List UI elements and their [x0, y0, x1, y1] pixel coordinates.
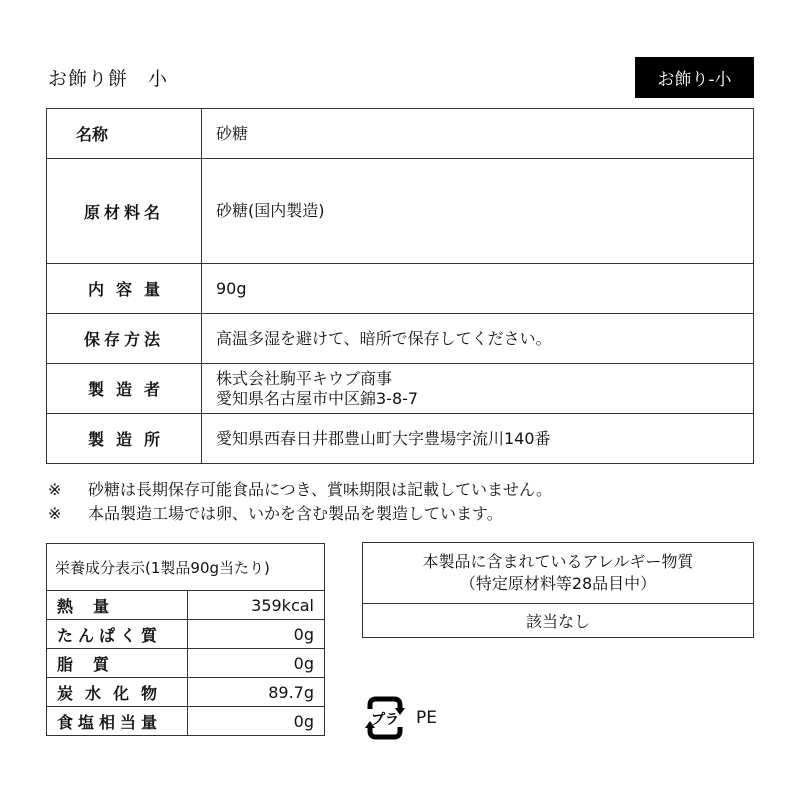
note-item: ※ 本品製造工場では卵、いかを含む製品を製造しています。: [48, 502, 552, 526]
allergen-header-line2: （特定原材料等28品目中）: [364, 573, 752, 595]
product-code-badge: お飾り-小: [635, 57, 754, 98]
manufacturer-name: 株式会社駒平キウブ商事: [216, 369, 753, 389]
nutrient-value: 0g: [188, 620, 325, 649]
allergen-value: 該当なし: [363, 604, 754, 638]
table-row: 内容量 90g: [47, 264, 754, 314]
notes: ※ 砂糖は長期保存可能食品につき、賞味期限は記載していません。 ※ 本品製造工場…: [48, 478, 552, 526]
row-label: 製造者: [47, 364, 202, 414]
recycle-material: PE: [416, 708, 437, 728]
nutrient-value: 0g: [188, 707, 325, 736]
label-text: 名称: [76, 122, 108, 145]
row-value: 砂糖(国内製造): [202, 159, 754, 264]
svg-text:プラ: プラ: [371, 712, 399, 728]
nutrition-row: たんぱく質 0g: [47, 620, 325, 649]
note-text: 本品製造工場では卵、いかを含む製品を製造しています。: [88, 502, 503, 526]
nutrient-value: 89.7g: [188, 678, 325, 707]
nutrition-row: 脂質 0g: [47, 649, 325, 678]
nutrition-row: 炭水化物 89.7g: [47, 678, 325, 707]
manufacturer-address: 愛知県名古屋市中区錦3-8-7: [216, 389, 753, 409]
note-item: ※ 砂糖は長期保存可能食品につき、賞味期限は記載していません。: [48, 478, 552, 502]
row-value: 90g: [202, 264, 754, 314]
nutrition-header: 栄養成分表示(1製品90g当たり): [47, 544, 325, 591]
row-label: 内容量: [47, 264, 202, 314]
nutrient-label: 食塩相当量: [47, 707, 188, 736]
table-row: 保存方法 高温多湿を避けて、暗所で保存してください。: [47, 314, 754, 364]
nutrition-table: 栄養成分表示(1製品90g当たり) 熱量 359kcal たんぱく質 0g 脂質…: [46, 543, 325, 736]
note-mark: ※: [48, 502, 88, 526]
row-label: 原材料名: [47, 159, 202, 264]
allergen-header: 本製品に含まれているアレルギー物質 （特定原材料等28品目中）: [363, 543, 754, 604]
nutrient-value: 0g: [188, 649, 325, 678]
note-mark: ※: [48, 478, 88, 502]
note-text: 砂糖は長期保存可能食品につき、賞味期限は記載していません。: [88, 478, 552, 502]
nutrient-label: 熱量: [47, 591, 188, 620]
table-row: 製造所 愛知県西春日井郡豊山町大字豊場字流川140番: [47, 414, 754, 464]
recycle-mark: プラ PE: [362, 695, 437, 741]
nutrition-row: 食塩相当量 0g: [47, 707, 325, 736]
label-table: 名称 砂糖 原材料名 砂糖(国内製造) 内容量 90g 保存方法 高温多湿を避け…: [46, 108, 754, 464]
nutrient-label: たんぱく質: [47, 620, 188, 649]
row-value: 愛知県西春日井郡豊山町大字豊場字流川140番: [202, 414, 754, 464]
row-value: 株式会社駒平キウブ商事 愛知県名古屋市中区錦3-8-7: [202, 364, 754, 414]
nutrient-label: 脂質: [47, 649, 188, 678]
table-row: 製造者 株式会社駒平キウブ商事 愛知県名古屋市中区錦3-8-7: [47, 364, 754, 414]
table-row: 名称 砂糖: [47, 109, 754, 159]
table-row: 原材料名 砂糖(国内製造): [47, 159, 754, 264]
pla-recycle-icon: プラ: [362, 695, 408, 741]
nutrient-label: 炭水化物: [47, 678, 188, 707]
row-value: 高温多湿を避けて、暗所で保存してください。: [202, 314, 754, 364]
row-label: 名称: [76, 122, 172, 145]
row-value: 砂糖: [202, 109, 754, 159]
nutrient-value: 359kcal: [188, 591, 325, 620]
nutrition-row: 熱量 359kcal: [47, 591, 325, 620]
row-label: 保存方法: [47, 314, 202, 364]
nutrition-header-row: 栄養成分表示(1製品90g当たり): [47, 544, 325, 591]
allergen-header-line1: 本製品に含まれているアレルギー物質: [364, 551, 752, 573]
product-title: お飾り餅 小: [48, 64, 168, 91]
row-label: 製造所: [47, 414, 202, 464]
allergen-table: 本製品に含まれているアレルギー物質 （特定原材料等28品目中） 該当なし: [362, 542, 754, 638]
